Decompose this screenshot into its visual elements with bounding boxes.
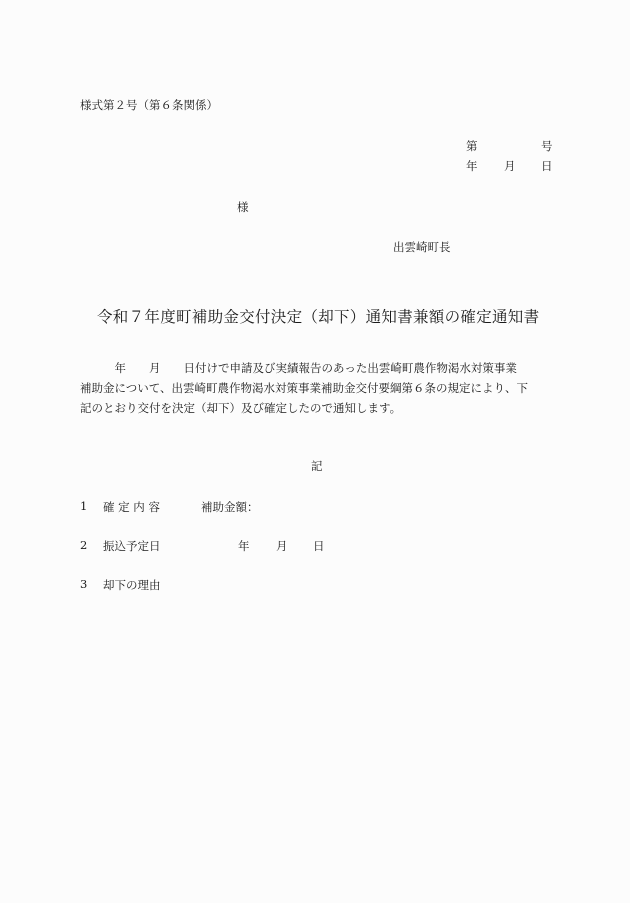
document-number-prefix: 第 bbox=[466, 138, 478, 154]
transfer-date-year: 年 bbox=[238, 538, 250, 554]
body-paragraph: 年 月 日付けで申請及び実績報告のあった出雲崎町農作物渇水対策事業 補助金につい… bbox=[80, 358, 556, 418]
issuer-name: 出雲崎町長 bbox=[393, 239, 451, 255]
document-title: 令和７年度町補助金交付決定（却下）通知書兼額の確定通知書 bbox=[97, 305, 539, 327]
form-number: 様式第２号（第６条関係） bbox=[80, 97, 218, 113]
subsidy-amount-label: 補助金額： bbox=[201, 499, 259, 515]
transfer-date-day: 日 bbox=[313, 538, 325, 554]
item-label: 振込予定日 bbox=[103, 538, 161, 554]
ki-heading: 記 bbox=[311, 458, 323, 474]
issue-date-day: 日 bbox=[541, 158, 553, 174]
item-number: 1 bbox=[80, 499, 87, 513]
body-line-1: 年 月 日付けで申請及び実績報告のあった出雲崎町農作物渇水対策事業 bbox=[80, 358, 556, 378]
issue-date-year: 年 bbox=[466, 158, 478, 174]
item-label: 却下の理由 bbox=[103, 577, 161, 593]
addressee-suffix: 様 bbox=[237, 199, 249, 215]
body-line-2: 補助金について、出雲崎町農作物渇水対策事業補助金交付要綱第６条の規定により、下 bbox=[80, 378, 556, 398]
item-label: 確 定 内 容 bbox=[103, 499, 160, 515]
item-number: 3 bbox=[80, 577, 87, 591]
issue-date-month: 月 bbox=[504, 158, 516, 174]
transfer-date-month: 月 bbox=[276, 538, 288, 554]
body-line-3: 記のとおり交付を決定（却下）及び確定したので通知します。 bbox=[80, 398, 556, 418]
item-number: 2 bbox=[80, 538, 87, 552]
document-number-suffix: 号 bbox=[541, 138, 553, 154]
